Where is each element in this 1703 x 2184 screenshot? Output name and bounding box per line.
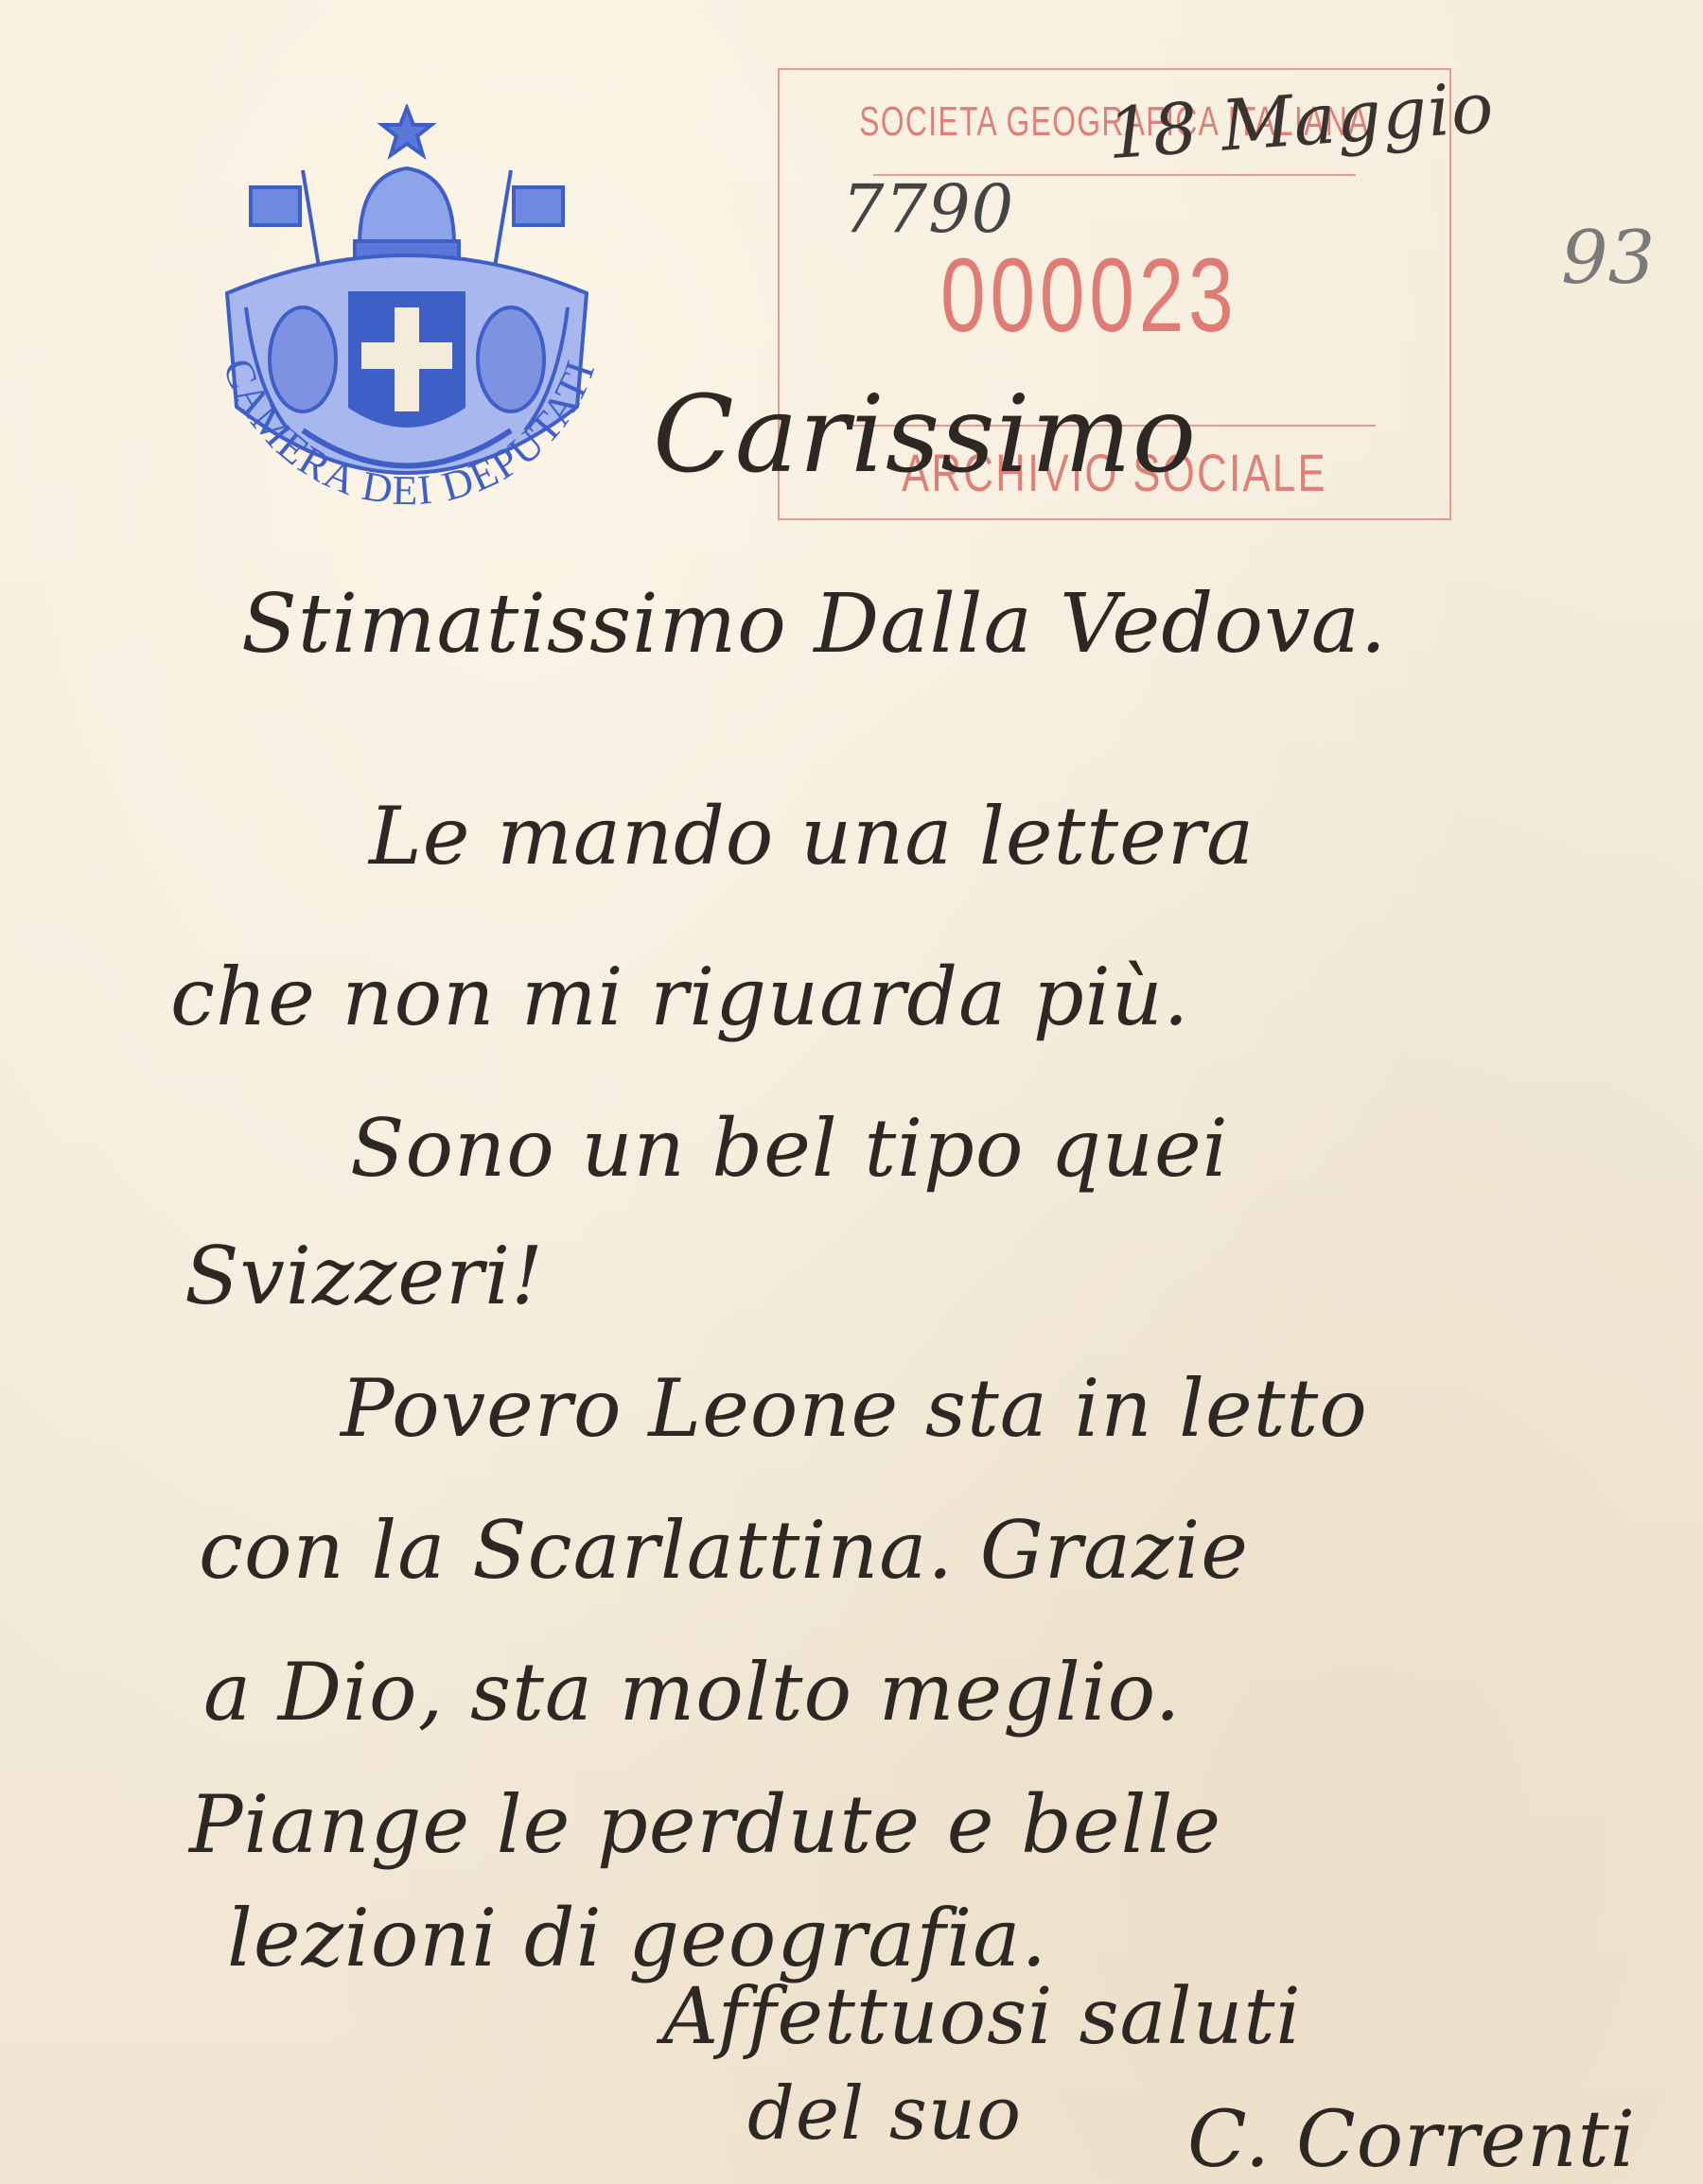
letter-line: che non mi riguarda più.: [170, 951, 1189, 1043]
letter-line: Piange le perdute e belle: [189, 1778, 1221, 1871]
letter-line: Sono un bel tipo quei: [350, 1102, 1229, 1195]
coat-of-arms-icon: CAMERA DEI DEPUTATI: [199, 104, 615, 558]
letter-line: lezioni di geografia.: [227, 1892, 1047, 1984]
letterhead-crest: CAMERA DEI DEPUTATI: [199, 104, 615, 558]
stamp-archive-number: 000023: [940, 236, 1238, 356]
letter-line: Le mando una lettera: [369, 790, 1255, 882]
pencil-folio-number: 93: [1561, 216, 1655, 301]
letter-signature: C. Correnti: [1187, 2095, 1636, 2184]
letter-addressee: Stimatissimo Dalla Vedova.: [241, 577, 1387, 672]
letter-line: Povero Leone sta in letto: [341, 1362, 1368, 1455]
letter-closing: del suo: [747, 2071, 1022, 2157]
letter-line: a Dio, sta molto meglio.: [203, 1646, 1181, 1738]
letter-line: Svizzeri!: [184, 1230, 544, 1322]
letter-salutation: Carissimo: [653, 374, 1197, 497]
letter-line: con la Scarlattina. Grazie: [199, 1504, 1249, 1597]
handwritten-archive-number: 7790: [842, 170, 1014, 248]
letter-closing: Affettuosi saluti: [662, 1972, 1302, 2062]
